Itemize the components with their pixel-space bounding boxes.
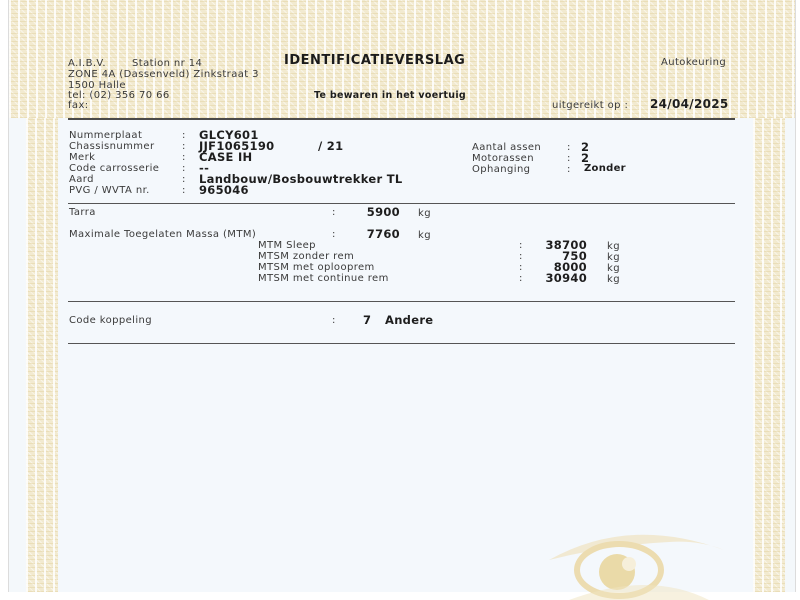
org-name: A.I.B.V. xyxy=(68,58,106,69)
field-separator: : xyxy=(332,229,336,240)
section-divider xyxy=(68,203,735,204)
tarra-unit: kg xyxy=(418,208,431,219)
approval-number-value: 965046 xyxy=(199,183,249,197)
watermark-eye-icon xyxy=(549,520,749,600)
fax: fax: xyxy=(68,100,89,111)
address-line: ZONE 4A (Dassenveld) Zinkstraat 3 xyxy=(68,69,259,80)
security-pattern-left xyxy=(26,118,58,592)
station-number: Station nr 14 xyxy=(132,58,202,69)
section-divider xyxy=(68,343,735,344)
suspension-value: Zonder xyxy=(584,163,626,174)
sub-mass-unit: kg xyxy=(607,263,620,274)
tarra-value: 5900 xyxy=(355,205,400,219)
field-label: Ophanging xyxy=(472,164,530,175)
header-divider xyxy=(68,118,735,120)
continuous-brake-mass-value: 30940 xyxy=(535,271,587,285)
field-separator: : xyxy=(182,141,186,152)
field-label: Code carrosserie xyxy=(69,163,159,174)
document-category: Autokeuring xyxy=(661,57,726,68)
section-divider xyxy=(68,301,735,302)
sub-mass-unit: kg xyxy=(607,252,620,263)
field-separator: : xyxy=(519,273,523,284)
sub-mass-label: MTSM met oplooprem xyxy=(258,262,375,273)
mtm-label: Maximale Toegelaten Massa (MTM) xyxy=(69,229,256,240)
field-separator: : xyxy=(519,262,523,273)
field-separator: : xyxy=(567,142,571,153)
field-separator: : xyxy=(567,164,571,175)
tarra-label: Tarra xyxy=(69,207,96,218)
field-separator: : xyxy=(182,185,186,196)
coupling-code: 7 xyxy=(363,313,371,327)
issued-date: 24/04/2025 xyxy=(650,97,729,111)
field-label: Motorassen xyxy=(472,153,534,164)
field-separator: : xyxy=(332,207,336,218)
field-separator: : xyxy=(567,153,571,164)
document-page xyxy=(8,0,796,592)
field-label: Aard xyxy=(69,174,94,185)
document-title: IDENTIFICATIEVERSLAG xyxy=(284,53,465,68)
coupling-label: Code koppeling xyxy=(69,315,152,326)
sub-mass-label: MTSM met continue rem xyxy=(258,273,389,284)
field-label: PVG / WVTA nr. xyxy=(69,185,150,196)
sub-mass-unit: kg xyxy=(607,274,620,285)
field-label: Chassisnummer xyxy=(69,141,154,152)
sub-mass-label: MTM Sleep xyxy=(258,240,316,251)
field-separator: : xyxy=(182,152,186,163)
security-pattern-right xyxy=(753,118,785,592)
field-separator: : xyxy=(332,315,336,326)
field-label: Merk xyxy=(69,152,95,163)
coupling-value: Andere xyxy=(385,313,433,327)
field-separator: : xyxy=(519,240,523,251)
mtm-value: 7760 xyxy=(355,227,400,241)
chassis-number-suffix: / 21 xyxy=(318,139,343,153)
field-label: Aantal assen xyxy=(472,142,541,153)
document-subtitle: Te bewaren in het voertuig xyxy=(314,90,466,101)
sub-mass-unit: kg xyxy=(607,241,620,252)
field-separator: : xyxy=(519,251,523,262)
issued-label: uitgereikt op : xyxy=(552,100,628,111)
sub-mass-label: MTSM zonder rem xyxy=(258,251,354,262)
mtm-unit: kg xyxy=(418,230,431,241)
field-label: Nummerplaat xyxy=(69,130,142,141)
field-separator: : xyxy=(182,174,186,185)
field-separator: : xyxy=(182,163,186,174)
field-separator: : xyxy=(182,130,186,141)
